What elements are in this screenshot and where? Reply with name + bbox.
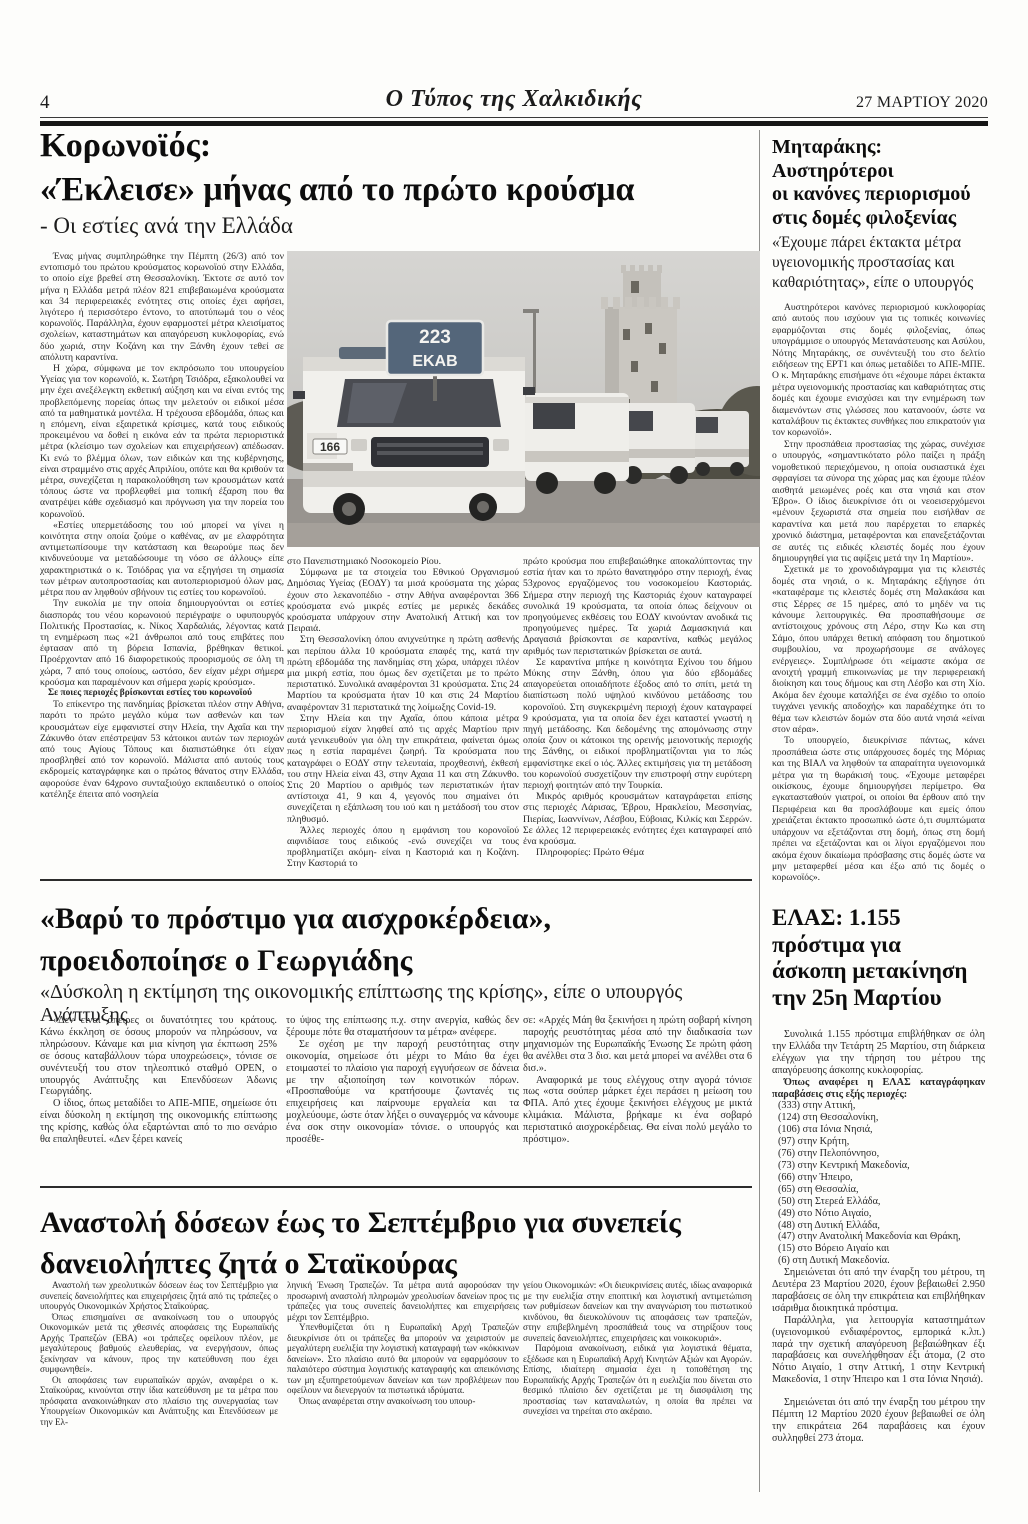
paragraph: Αναστολή των χρεολυτικών δόσεων έως τον … <box>40 1280 278 1312</box>
paragraph: Σε σχέση με την παροχή ρευστότητας στην … <box>286 1039 519 1146</box>
paragraph: Παράλληλα, για λειτουργία καταστημάτων (… <box>772 1315 985 1386</box>
paragraph: Στην Ηλεία και την Αχαΐα, όπου κάποια μέ… <box>287 713 519 825</box>
ambulances-white-tower-illustration: 166 223 ΕΚΑΒ <box>287 251 760 547</box>
paragraph: πρώτο κρούσμα που επιβεβαιώθηκε αποκαλύπ… <box>523 556 752 657</box>
bumper <box>303 471 525 487</box>
paragraph: «Δεν είναι άπειρες οι δυνατότητες του κρ… <box>40 1015 277 1098</box>
issue-date: 27 ΜΑΡΤΙΟΥ 2020 <box>856 94 988 112</box>
paragraph: σε: «Αρχές Μάη θα ξεκινήσει η πρώτη σοβα… <box>523 1015 752 1075</box>
elas-headline: ΕΛΑΣ: 1.155 πρόστιμα για άσκοπη μετακίνη… <box>772 905 988 1011</box>
lead-in: Όπως αναφέρει η ΕΛΑΣ καταγράφηκαν παραβά… <box>772 1077 985 1101</box>
georgiadis-column-2: το ύψος της επίπτωσης π.χ. στην ανεργία,… <box>286 1015 519 1177</box>
elas-body: Συνολικά 1.155 πρόστιμα επιβλήθηκαν σε ό… <box>772 1029 985 1499</box>
side-mirror <box>523 387 535 395</box>
staikouras-column-3: γείου Οικονομικών: «Οι διευκρινίσεις αυτ… <box>523 1280 752 1524</box>
fine-entry: (73) στην Κεντρική Μακεδονία, <box>772 1160 985 1172</box>
main-article-column-2: στο Πανεπιστημιακό Νοσοκομείο Ρίου. Σύμφ… <box>287 556 519 878</box>
article-photo: 166 223 ΕΚΑΒ <box>287 251 760 547</box>
ambulance-van-second <box>525 393 629 494</box>
paragraph: Άλλες περιοχές όπου η εμφάνιση του κορον… <box>287 825 519 870</box>
staikouras-headline: Αναστολή δόσεων έως το Σεπτέμβριο για συ… <box>40 1202 754 1284</box>
paragraph: «Εστίες υπερμετάδοσης του ιού μπορεί να … <box>40 520 284 598</box>
paragraph: Το επίκεντρο της πανδημίας βρίσκεται πλέ… <box>40 699 284 800</box>
fine-entry: (49) στο Νότιο Αιγαίο, <box>772 1208 985 1220</box>
fine-entry: (97) στην Κρήτη, <box>772 1136 985 1148</box>
fine-entry: (106) στα Ιόνια Νησιά, <box>772 1124 985 1136</box>
side-mirror <box>293 391 305 399</box>
mitarakis-body: Αυστηρότεροι κανόνες περιορισμού κυκλοφο… <box>772 302 985 902</box>
paragraph: Σε καραντίνα μπήκε η κοινότητα Εχίνου το… <box>523 657 752 791</box>
paragraph: Υπενθυμίζεται ότι η Ευρωπαϊκή Αρχή Τραπε… <box>287 1322 519 1396</box>
sign-number: 223 <box>419 327 451 348</box>
fine-entry: (66) στην Ήπειρο, <box>772 1172 985 1184</box>
main-subhead: - Οι εστίες ανά την Ελλάδα <box>40 213 760 239</box>
road-foreground <box>287 523 760 547</box>
paragraph: Αναφορικά με τους ελέγχους στην αγορά τό… <box>523 1075 752 1146</box>
header-rule-thin <box>40 117 988 118</box>
paragraph: Όπως αναφέρεται στην ανακοίνωση του υπου… <box>287 1396 519 1407</box>
paragraph: Αυστηρότεροι κανόνες περιορισμού κυκλοφο… <box>772 302 985 439</box>
paragraph: Σχετικά με το χρονοδιάγραμμα για τις κλε… <box>772 564 985 735</box>
georgiadis-headline: «Βαρύ το πρόστιμο για αισχροκέρδεια», πρ… <box>40 898 754 982</box>
paragraph: στο Πανεπιστημιακό Νοσοκομείο Ρίου. <box>287 556 519 567</box>
main-headline: Κορωνοϊός: «Έκλεισε» μήνας από το πρώτο … <box>40 124 760 212</box>
fine-entry: (333) στην Αττική, <box>772 1100 985 1112</box>
van-number-label: 166 <box>320 440 340 454</box>
paragraph: Σημειώνεται ότι από την έναρξη του μέτρο… <box>772 1397 985 1445</box>
section-divider <box>40 879 752 881</box>
georgiadis-column-3: σε: «Αρχές Μάη θα ξεκινήσει η πρώτη σοβα… <box>523 1015 752 1177</box>
paragraph: Η χώρα, σύμφωνα με τον εκπρόσωπο του υπο… <box>40 363 284 520</box>
paragraph: Το υπουργείο, διευκρίνισε πάντως, κάνει … <box>772 735 985 883</box>
georgiadis-column-1: «Δεν είναι άπειρες οι δυνατότητες του κρ… <box>40 1015 277 1177</box>
newspaper-page: 4 Ο Τύπος της Χαλκιδικής 27 ΜΑΡΤΙΟΥ 2020… <box>0 0 1028 1524</box>
mitarakis-subhead: «Έχουμε πάρει έκτακτα μέτρα υγειονομικής… <box>772 233 988 293</box>
source-credit: Πληροφορίες: Πρώτο Θέμα <box>523 847 752 858</box>
paragraph: Παρόμοια ανακοίνωση, ειδικά για λογιστικ… <box>523 1343 752 1417</box>
staikouras-column-1: Αναστολή των χρεολυτικών δόσεων έως τον … <box>40 1280 278 1524</box>
paragraph: Την ευκολία με την οποία δημιουργούνται … <box>40 598 284 688</box>
sign-ekab-label: ΕΚΑΒ <box>412 353 457 370</box>
fine-entry: (48) στη Δυτική Ελλάδα, <box>772 1220 985 1232</box>
fine-entry: (6) στη Δυτική Μακεδονία. <box>772 1255 985 1267</box>
section-divider <box>40 1186 752 1188</box>
ambulance-van-far <box>691 411 749 476</box>
paragraph: Ένας μήνας συμπληρώθηκε την Πέμπτη (26/3… <box>40 251 284 363</box>
paragraph: το ύψος της επίπτωσης π.χ. στην ανεργία,… <box>286 1015 519 1039</box>
paragraph: Στη Θεσσαλονίκη όπου ανιχνεύτηκε η πρώτη… <box>287 634 519 712</box>
mitarakis-headline: Μηταράκης: Αυστηρότεροι οι κανόνες περιο… <box>772 136 988 230</box>
paragraph: Σημειώνεται ότι από την έναρξη του μέτρο… <box>772 1267 985 1315</box>
paragraph: Ο ίδιος, όπως μεταδίδει το ΑΠΕ-ΜΠΕ, σημε… <box>40 1098 277 1146</box>
fine-entry: (76) στην Πελοπόννησο, <box>772 1148 985 1160</box>
paragraph: ληνική Ένωση Τραπεζών. Τα μέτρα αυτά αφο… <box>287 1280 519 1322</box>
paragraph: γείου Οικονομικών: «Οι διευκρινίσεις αυτ… <box>523 1280 752 1343</box>
paragraph: Όπως επισημαίνει σε ανακοίνωση του ο υπο… <box>40 1312 278 1375</box>
paragraph: Οι αποφάσεις των ευρωπαϊκών αρχών, αναφέ… <box>40 1375 278 1428</box>
headlight <box>351 439 367 451</box>
fine-entry: (124) στη Θεσσαλονίκη, <box>772 1112 985 1124</box>
crosshead: Σε ποιες περιοχές βρίσκονται εστίες του … <box>40 688 284 699</box>
fine-entry: (47) στην Ανατολική Μακεδονία και Θράκη, <box>772 1231 985 1243</box>
main-article-column-1: Ένας μήνας συμπληρώθηκε την Πέμπτη (26/3… <box>40 251 284 877</box>
fine-entry: (50) στη Στερεά Ελλάδα, <box>772 1196 985 1208</box>
paragraph: Σύμφωνα με τα στοιχεία του Εθνικού Οργαν… <box>287 567 519 634</box>
paragraph: Μικρός αριθμός κρουσμάτων καταγράφεται ε… <box>523 791 752 847</box>
main-article-column-3: πρώτο κρούσμα που επιβεβαιώθηκε αποκαλύπ… <box>523 556 752 878</box>
staikouras-column-2: ληνική Ένωση Τραπεζών. Τα μέτρα αυτά αφο… <box>287 1280 519 1524</box>
fine-entry: (15) στο Βόρειο Αιγαίο και <box>772 1243 985 1255</box>
fine-entry: (65) στη Θεσσαλία, <box>772 1184 985 1196</box>
headlight <box>493 439 509 451</box>
paragraph: Συνολικά 1.155 πρόστιμα επιβλήθηκαν σε ό… <box>772 1029 985 1077</box>
paragraph: Στην προσπάθεια προστασίας της χώρας, συ… <box>772 439 985 564</box>
